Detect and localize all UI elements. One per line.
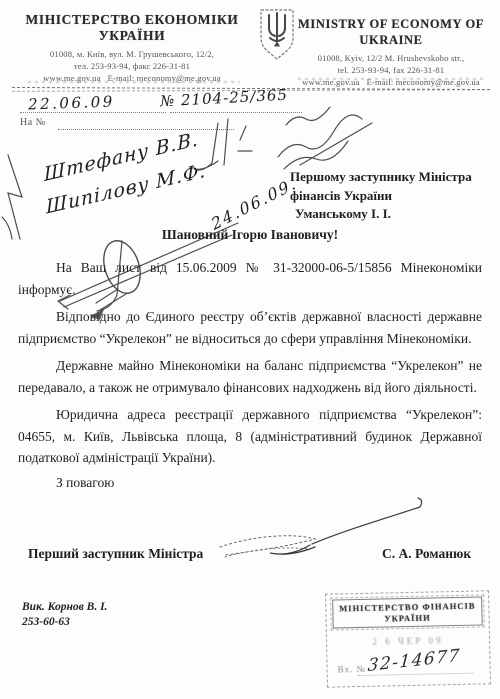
org-phones-ua: тел. 253-93-94, факс 226-31-81 bbox=[16, 61, 248, 72]
signer-name: С. А. Романюк bbox=[382, 546, 471, 562]
closing-phrase: З повагою bbox=[18, 475, 482, 491]
reply-to-label: На № bbox=[20, 117, 46, 128]
recipient-line-2: фінансів України bbox=[290, 187, 496, 206]
scanned-letter-page: МІНІСТЕРСТВО ЕКОНОМІКИ УКРАЇНИ 01008, м.… bbox=[0, 0, 500, 699]
body-paragraph-1: На Ваш лист від 15.06.2009 № 31-32000-06… bbox=[18, 257, 482, 300]
outgoing-date-handwritten: 22.06.09 bbox=[28, 92, 115, 113]
date-dotted-line bbox=[20, 112, 166, 113]
recipient-line-1: Першому заступнику Міністра bbox=[290, 168, 496, 187]
recipient-line-3: Уманському І. І. bbox=[290, 205, 496, 224]
incoming-stamp: МІНІСТЕРСТВО ФІНАНСІВ УКРАЇНИ 2 6 ЧЕР 09… bbox=[325, 590, 491, 687]
scan-noise-line bbox=[28, 81, 240, 83]
body-paragraph-3: Державне майно Мінекономіки на баланс пі… bbox=[18, 355, 482, 398]
letter-body: На Ваш лист від 15.06.2009 № 31-32000-06… bbox=[18, 257, 482, 491]
letterhead-ua: МІНІСТЕРСТВО ЕКОНОМІКИ УКРАЇНИ 01008, м.… bbox=[16, 12, 248, 84]
stamp-incoming-row: Вх. № 32-14677 bbox=[333, 653, 484, 682]
stamp-org-name: МІНІСТЕРСТВО ФІНАНСІВ УКРАЇНИ bbox=[332, 596, 483, 628]
org-phones-en: tel. 253-93-94, fax 226-31-81 bbox=[292, 65, 490, 76]
org-name-ua: МІНІСТЕРСТВО ЕКОНОМІКИ УКРАЇНИ bbox=[16, 12, 248, 44]
reply-to-dotted-line bbox=[58, 129, 234, 130]
signer-title: Перший заступник Міністра bbox=[28, 546, 203, 562]
executor-block: Вик. Корнов В. І. 253-60-63 bbox=[22, 600, 107, 630]
executor-name: Вик. Корнов В. І. bbox=[22, 600, 107, 615]
ukraine-trident-emblem-icon bbox=[257, 8, 297, 67]
salutation: Шановний Ігорю Івановичу! bbox=[0, 227, 500, 243]
recipient-block: Першому заступнику Міністра фінансів Укр… bbox=[290, 168, 496, 224]
scan-noise-line bbox=[298, 78, 486, 80]
number-dotted-line bbox=[170, 112, 302, 113]
stamp-incoming-label: Вх. № bbox=[338, 664, 367, 675]
executor-phone: 253-60-63 bbox=[22, 615, 107, 630]
body-paragraph-2: Відповідно до Єдиного реєстру об’єктів д… bbox=[18, 306, 482, 349]
handwritten-date: 24.06.09. bbox=[209, 173, 300, 234]
body-paragraph-4: Юридична адреса реєстрації державного пі… bbox=[18, 404, 482, 469]
org-address-en: 01008, Kyiv, 12/2 M. Hrushevskoho str., bbox=[292, 53, 490, 64]
stamp-incoming-number-handwritten: 32-14677 bbox=[367, 646, 461, 676]
org-address-ua: 01008, м. Київ, вул. М. Грушевського, 12… bbox=[16, 49, 248, 60]
org-name-en: MINISTRY OF ECONOMY OF UKRAINE bbox=[292, 16, 490, 48]
